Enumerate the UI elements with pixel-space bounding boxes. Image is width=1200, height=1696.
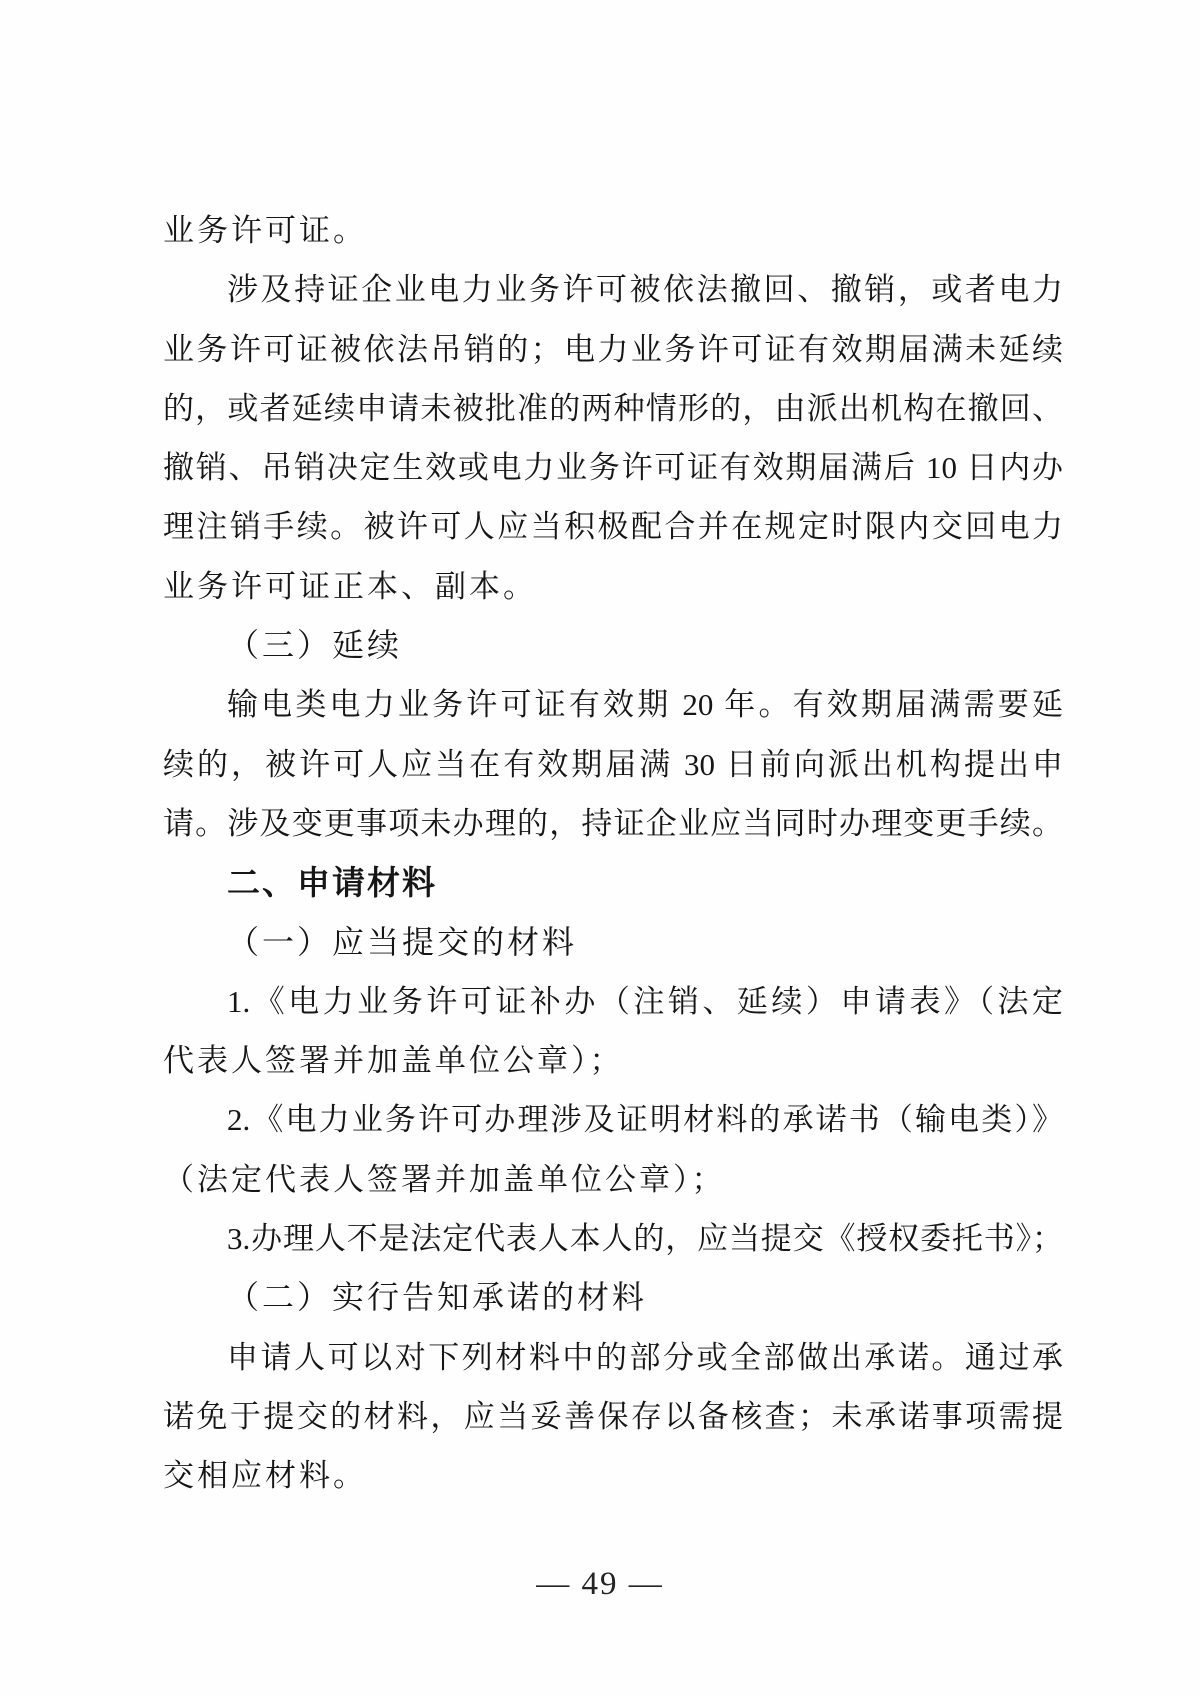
text-line: 交相应材料。 [163,1446,1063,1505]
paragraph: 业务许可证。 [163,201,1063,260]
paragraph: 2.《电力业务许可办理涉及证明材料的承诺书（输电类）》（法定代表人签署并加盖单位… [163,1090,1063,1209]
text-line: 业务许可证。 [163,201,1063,260]
paragraph: 3.办理人不是法定代表人本人的，应当提交《授权委托书》； [163,1209,1063,1268]
paragraph: （一）应当提交的材料 [163,913,1063,972]
text-line: 业务许可证被依法吊销的；电力业务许可证有效期届满未延续 [163,320,1063,379]
text-line: （二）实行告知承诺的材料 [163,1268,1063,1327]
text-line: 涉及持证企业电力业务许可被依法撤回、撤销，或者电力 [163,260,1063,319]
paragraph: 输电类电力业务许可证有效期 20 年。有效期届满需要延续的，被许可人应当在有效期… [163,675,1063,853]
text-line: 的，或者延续申请未被批准的两种情形的，由派出机构在撤回、 [163,379,1063,438]
text-line: （三）延续 [163,616,1063,675]
text-line: 2.《电力业务许可办理涉及证明材料的承诺书（输电类）》 [163,1090,1063,1149]
text-line: （法定代表人签署并加盖单位公章）； [163,1150,1063,1209]
text-line: 理注销手续。被许可人应当积极配合并在规定时限内交回电力 [163,497,1063,556]
text-line: 诺免于提交的材料，应当妥善保存以备核查；未承诺事项需提 [163,1387,1063,1446]
paragraph: 涉及持证企业电力业务许可被依法撤回、撤销，或者电力业务许可证被依法吊销的；电力业… [163,260,1063,616]
text-line: 请。涉及变更事项未办理的，持证企业应当同时办理变更手续。 [163,794,1063,853]
text-line: 业务许可证正本、副本。 [163,557,1063,616]
text-line: 申请人可以对下列材料中的部分或全部做出承诺。通过承 [163,1328,1063,1387]
text-line: 输电类电力业务许可证有效期 20 年。有效期届满需要延 [163,675,1063,734]
document-page: 业务许可证。涉及持证企业电力业务许可被依法撤回、撤销，或者电力业务许可证被依法吊… [0,0,1200,1696]
text-line: 1.《电力业务许可证补办（注销、延续）申请表》（法定 [163,972,1063,1031]
text-line: 代表人签署并加盖单位公章）； [163,1031,1063,1090]
text-line: （一）应当提交的材料 [163,913,1063,972]
paragraph: 二、申请材料 [163,853,1063,912]
text-line: 3.办理人不是法定代表人本人的，应当提交《授权委托书》； [163,1209,1063,1268]
page-number: — 49 — [0,1566,1200,1603]
paragraph: 申请人可以对下列材料中的部分或全部做出承诺。通过承诺免于提交的材料，应当妥善保存… [163,1328,1063,1506]
paragraph: （三）延续 [163,616,1063,675]
paragraph: 1.《电力业务许可证补办（注销、延续）申请表》（法定代表人签署并加盖单位公章）； [163,972,1063,1091]
text-line: 二、申请材料 [163,853,1063,912]
document-body: 业务许可证。涉及持证企业电力业务许可被依法撤回、撤销，或者电力业务许可证被依法吊… [163,201,1063,1506]
text-line: 续的，被许可人应当在有效期届满 30 日前向派出机构提出申 [163,735,1063,794]
text-line: 撤销、吊销决定生效或电力业务许可证有效期届满后 10 日内办 [163,438,1063,497]
paragraph: （二）实行告知承诺的材料 [163,1268,1063,1327]
